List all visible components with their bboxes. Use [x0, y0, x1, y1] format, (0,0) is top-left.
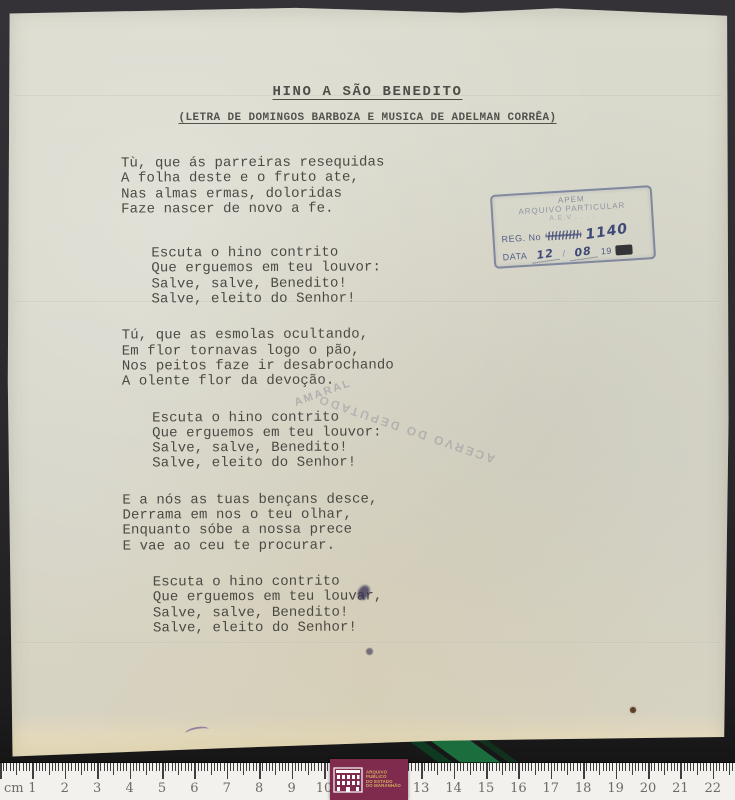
ruler-tick	[710, 763, 711, 771]
poem-body: Tù, que ás parreiras resequidasA folha d…	[121, 155, 395, 657]
ruler-tick	[619, 763, 620, 771]
ruler-tick	[684, 763, 685, 771]
ruler-number: 1	[28, 781, 36, 796]
ruler-tick	[697, 763, 698, 775]
ruler-tick	[557, 763, 558, 771]
ruler-tick	[548, 763, 549, 771]
ruler-tick	[188, 763, 189, 771]
ruler-tick	[564, 763, 565, 771]
ruler-tick	[593, 763, 594, 771]
crossed-out-year	[616, 244, 634, 255]
ruler-number: 13	[413, 781, 430, 796]
ruler-tick	[428, 763, 429, 771]
ruler-number: 9	[287, 781, 295, 796]
ruler-tick	[52, 763, 53, 771]
stamp-reg-label: REG. No	[501, 232, 541, 244]
ruler-tick	[599, 763, 600, 775]
ruler-tick	[318, 763, 319, 771]
poem-line: Faze nascer de novo a fe.	[121, 201, 393, 217]
ruler-tick	[609, 763, 610, 771]
ruler-tick	[444, 763, 445, 771]
ruler-tick	[729, 763, 730, 775]
poem-line: Salve, eleito do Senhor!	[153, 620, 395, 636]
ruler-tick	[45, 763, 46, 771]
ruler-tick	[434, 763, 435, 771]
ruler-tick	[266, 763, 267, 771]
ruler-tick	[703, 763, 704, 771]
ruler-tick	[567, 763, 568, 775]
ruler-tick	[437, 763, 438, 775]
ruler-tick	[505, 763, 506, 771]
ruler-tick	[590, 763, 591, 771]
ruler-tick	[152, 763, 153, 771]
stamp-date-label: DATA	[502, 251, 527, 262]
ruler-tick	[194, 763, 196, 779]
ruler-tick	[732, 763, 733, 771]
ruler-tick	[518, 763, 520, 779]
ruler-tick	[94, 763, 95, 771]
poem-line: A folha deste e o fruto ate,	[121, 171, 393, 187]
ruler-tick	[10, 763, 11, 771]
poem-line: Que erguemos em teu louvor:	[151, 261, 393, 277]
ruler-tick	[117, 763, 118, 771]
ruler-tick	[473, 763, 474, 771]
ruler-tick	[424, 763, 425, 771]
ruler-tick	[146, 763, 147, 775]
ruler-tick	[716, 763, 717, 771]
stamp-date-month: 08	[569, 243, 598, 261]
ruler-number: 3	[93, 781, 101, 796]
ruler-tick	[311, 763, 312, 771]
ruler-tick	[26, 763, 27, 771]
ruler-tick	[42, 763, 43, 771]
refrain-stanza: Escuta o hino contritoQue erguemos em te…	[122, 410, 394, 472]
ruler-tick	[700, 763, 701, 771]
ruler-tick	[327, 763, 328, 771]
ruler-tick	[577, 763, 578, 771]
ruler-tick	[411, 763, 412, 771]
ruler-tick	[441, 763, 442, 771]
poem-line: E vae ao ceu te procurar.	[123, 538, 395, 554]
archive-logo-text-line: PUBLICO	[366, 775, 401, 780]
ruler-number: 14	[445, 781, 462, 796]
ruler-tick	[680, 763, 682, 779]
ruler-tick	[123, 763, 124, 771]
ruler-tick	[431, 763, 432, 771]
ruler-tick	[75, 763, 76, 771]
ruler-tick	[288, 763, 289, 771]
ruler-tick	[191, 763, 192, 771]
ruler-tick	[0, 763, 2, 779]
ruler-tick	[130, 763, 132, 779]
ruler-tick	[178, 763, 179, 775]
ruler-tick	[217, 763, 218, 771]
ruler-tick	[561, 763, 562, 771]
ruler-tick	[243, 763, 244, 775]
ruler-tick	[480, 763, 481, 771]
ruler-tick	[100, 763, 101, 771]
archive-registry-stamp: APEM ARQUIVO PARTICULAR A.E.V . . . . RE…	[490, 185, 656, 269]
ruler-tick	[65, 763, 67, 779]
paper-fleck	[630, 707, 636, 713]
poem-line: Salve, eleito do Senhor!	[152, 291, 394, 307]
poem-stanza: E a nós as tuas bençans desce,Derrama em…	[122, 492, 394, 554]
ruler-tick	[39, 763, 40, 771]
ruler-tick	[19, 763, 20, 771]
ruler-tick	[719, 763, 720, 771]
ruler-tick	[23, 763, 24, 771]
ink-dot	[366, 648, 373, 655]
ruler-tick	[308, 763, 309, 775]
poem-line: Enquanto sóbe a nossa prece	[123, 523, 395, 539]
ruler-tick	[421, 763, 423, 779]
ruler-tick	[502, 763, 503, 775]
ruler-tick	[165, 763, 166, 771]
ruler-tick	[240, 763, 241, 771]
ruler-tick	[149, 763, 150, 771]
ruler-tick	[233, 763, 234, 771]
ruler-tick	[227, 763, 229, 779]
ruler-tick	[272, 763, 273, 771]
ruler-tick	[162, 763, 164, 779]
ruler-tick	[175, 763, 176, 771]
ruler-tick	[499, 763, 500, 771]
archive-logo: ARQUIVOPUBLICODO ESTADODO MARANHÃO	[330, 759, 408, 800]
ruler-tick	[198, 763, 199, 771]
page-title: HINO A SÃO BENEDITO	[0, 84, 735, 100]
ruler-tick	[253, 763, 254, 771]
ruler-number: 6	[190, 781, 198, 796]
ruler-tick	[538, 763, 539, 771]
ruler-tick	[667, 763, 668, 771]
ruler-tick	[629, 763, 630, 771]
ruler-tick	[49, 763, 50, 775]
ruler-tick	[654, 763, 655, 771]
ruler-tick	[87, 763, 88, 771]
ruler-tick	[535, 763, 536, 775]
ruler-tick	[224, 763, 225, 771]
ruler-tick	[528, 763, 529, 771]
ruler: cm 1234567891013141516171819202122 ARQUI…	[0, 763, 735, 800]
ruler-tick	[6, 763, 7, 771]
page-subtitle: (LETRA DE DOMINGOS BARBOZA E MUSICA DE A…	[0, 112, 735, 124]
ruler-tick	[544, 763, 545, 771]
ruler-tick	[91, 763, 92, 771]
archive-logo-text-line: DO MARANHÃO	[366, 784, 401, 789]
ruler-tick	[450, 763, 451, 771]
ruler-number: 20	[640, 781, 657, 796]
stamp-date-day: 12	[530, 246, 559, 264]
ruler-tick	[460, 763, 461, 771]
ruler-number: 16	[510, 781, 527, 796]
ruler-tick	[279, 763, 280, 771]
poem-stanza: Tú, que as esmolas ocultando,Em flor tor…	[122, 328, 394, 390]
ruler-tick	[32, 763, 34, 779]
ruler-number: 2	[61, 781, 69, 796]
ruler-tick	[120, 763, 121, 771]
ruler-tick	[648, 763, 650, 779]
ruler-tick	[489, 763, 490, 771]
ruler-number: 8	[255, 781, 263, 796]
ruler-tick	[136, 763, 137, 771]
building-icon	[333, 767, 363, 793]
ruler-tick	[139, 763, 140, 771]
ruler-tick	[126, 763, 127, 771]
ruler-tick	[185, 763, 186, 771]
ruler-tick	[616, 763, 618, 779]
ruler-tick	[690, 763, 691, 771]
ruler-tick	[29, 763, 30, 771]
ruler-tick	[454, 763, 456, 779]
ruler-tick	[580, 763, 581, 771]
ruler-tick	[671, 763, 672, 771]
ruler-tick	[525, 763, 526, 771]
ruler-tick	[230, 763, 231, 771]
ruler-tick	[107, 763, 108, 771]
ruler-tick	[492, 763, 493, 771]
ruler-tick	[541, 763, 542, 771]
stamp-reg-number: 1140	[584, 221, 629, 243]
ruler-tick	[635, 763, 636, 771]
refrain-stanza: Escuta o hino contritoQue erguemos em te…	[121, 246, 393, 308]
ruler-tick	[113, 763, 114, 775]
ruler-tick	[269, 763, 270, 771]
ruler-tick	[204, 763, 205, 771]
ruler-tick	[415, 763, 416, 771]
ruler-tick	[97, 763, 99, 779]
ruler-tick	[68, 763, 69, 771]
poem-stanza: Tù, que ás parreiras resequidasA folha d…	[121, 155, 393, 217]
ruler-tick	[110, 763, 111, 771]
ruler-tick	[674, 763, 675, 771]
ruler-tick	[211, 763, 212, 775]
ruler-tick	[447, 763, 448, 771]
ruler-tick	[133, 763, 134, 771]
poem-line: A olente flor da devoção.	[122, 374, 394, 390]
ruler-tick	[78, 763, 79, 771]
ruler-tick	[496, 763, 497, 771]
poem-line: Salve, eleito do Senhor!	[152, 456, 394, 472]
ruler-tick	[259, 763, 261, 779]
archive-logo-text: ARQUIVOPUBLICODO ESTADODO MARANHÃO	[366, 770, 401, 788]
ruler-tick	[104, 763, 105, 771]
ruler-number: 19	[607, 781, 624, 796]
ruler-tick	[16, 763, 17, 775]
ruler-tick	[509, 763, 510, 771]
ruler-tick	[256, 763, 257, 771]
ruler-tick	[262, 763, 263, 771]
ruler-tick	[476, 763, 477, 771]
ruler-tick	[583, 763, 585, 779]
ruler-tick	[324, 763, 326, 779]
ruler-tick	[551, 763, 553, 779]
ruler-tick	[463, 763, 464, 771]
ruler-tick	[36, 763, 37, 771]
ruler-tick	[71, 763, 72, 771]
ruler-tick	[457, 763, 458, 771]
ruler-tick	[645, 763, 646, 771]
ruler-tick	[295, 763, 296, 771]
ruler-tick	[687, 763, 688, 771]
ruler-number: 7	[223, 781, 231, 796]
ruler-tick	[214, 763, 215, 771]
ruler-tick	[596, 763, 597, 771]
ruler-tick	[201, 763, 202, 771]
ruler-tick	[723, 763, 724, 771]
ruler-tick	[314, 763, 315, 771]
ruler-tick	[282, 763, 283, 771]
ruler-tick	[531, 763, 532, 771]
ruler-tick	[220, 763, 221, 771]
ruler-tick	[658, 763, 659, 771]
ruler-tick	[321, 763, 322, 771]
stamp-date-year-prefix: 19	[601, 246, 613, 257]
ruler-tick	[13, 763, 14, 771]
ruler-tick	[632, 763, 633, 775]
ruler-tick	[515, 763, 516, 771]
poem-line: Salve, salve, Benedito!	[153, 605, 395, 621]
ruler-number: 15	[478, 781, 495, 796]
ruler-tick	[603, 763, 604, 771]
ruler-tick	[483, 763, 484, 771]
ruler-tick	[172, 763, 173, 771]
ruler-tick	[638, 763, 639, 771]
ruler-tick	[470, 763, 471, 775]
ruler-tick	[693, 763, 694, 771]
ruler-tick	[81, 763, 82, 775]
ruler-tick	[573, 763, 574, 771]
ruler-tick	[554, 763, 555, 771]
ruler-tick	[622, 763, 623, 771]
ruler-tick	[237, 763, 238, 771]
ruler-tick	[408, 763, 409, 771]
ruler-tick	[285, 763, 286, 771]
scanned-document-background: HINO A SÃO BENEDITO (LETRA DE DOMINGOS B…	[0, 0, 735, 800]
ruler-tick	[606, 763, 607, 771]
ruler-tick	[156, 763, 157, 771]
ruler-tick	[181, 763, 182, 771]
ruler-tick	[586, 763, 587, 771]
ruler-tick	[305, 763, 306, 771]
archive-logo-text-line: ARQUIVO	[366, 770, 401, 775]
ruler-tick	[55, 763, 56, 771]
ruler-tick	[486, 763, 488, 779]
ruler-number: 17	[543, 781, 560, 796]
ruler-number: 5	[158, 781, 166, 796]
ruler-tick	[706, 763, 707, 771]
ruler-tick	[62, 763, 63, 771]
ruler-unit-label: cm	[4, 781, 24, 796]
ruler-tick	[726, 763, 727, 771]
crossed-out-number	[545, 230, 581, 241]
ruler-tick	[418, 763, 419, 771]
ruler-tick	[207, 763, 208, 771]
ruler-tick	[159, 763, 160, 771]
ruler-tick	[522, 763, 523, 771]
ruler-number: 21	[672, 781, 689, 796]
ruler-tick	[3, 763, 4, 771]
ruler-tick	[664, 763, 665, 775]
ruler-tick	[651, 763, 652, 771]
ruler-tick	[275, 763, 276, 775]
ruler-tick	[677, 763, 678, 771]
ruler-tick	[84, 763, 85, 771]
ruler-tick	[292, 763, 294, 779]
ruler-tick	[642, 763, 643, 771]
ruler-tick	[570, 763, 571, 771]
refrain-stanza: Escuta o hino contritoQue erguemos em te…	[123, 574, 395, 636]
ruler-number: 18	[575, 781, 592, 796]
ruler-tick	[301, 763, 302, 771]
ruler-tick	[512, 763, 513, 771]
ruler-tick	[249, 763, 250, 771]
ruler-tick	[467, 763, 468, 771]
ruler-tick	[661, 763, 662, 771]
ruler-tick	[625, 763, 626, 771]
ruler-tick	[612, 763, 613, 771]
ruler-number: 4	[125, 781, 133, 796]
ruler-tick	[713, 763, 715, 779]
ruler-tick	[168, 763, 169, 771]
ruler-tick	[143, 763, 144, 771]
ruler-tick	[298, 763, 299, 771]
ruler-tick	[58, 763, 59, 771]
ruler-number: 22	[705, 781, 722, 796]
ruler-tick	[246, 763, 247, 771]
